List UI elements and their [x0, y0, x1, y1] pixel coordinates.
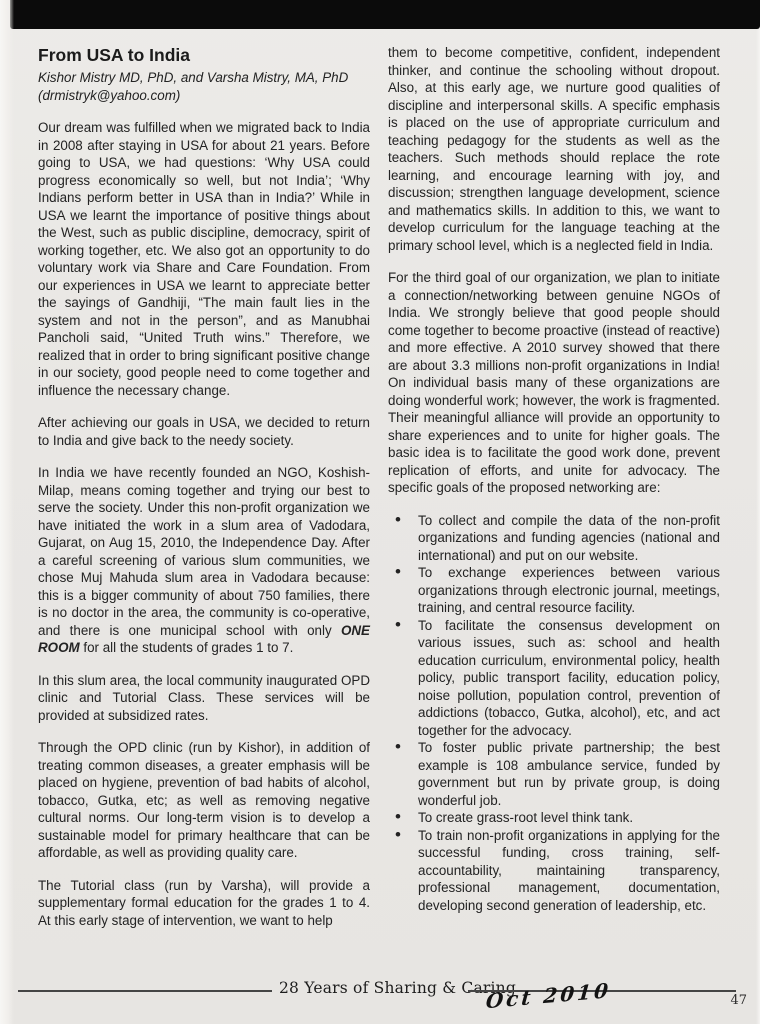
article-paragraph: them to become competitive, confident, i…	[388, 44, 720, 254]
article-paragraph: In this slum area, the local community i…	[38, 672, 370, 725]
page-number: 47	[730, 993, 747, 1008]
article-body: From USA to India Kishor Mistry MD, PhD,…	[38, 44, 720, 944]
article-header: Kishor Mistry MD, PhD, and Varsha Mistry…	[38, 69, 370, 104]
article-title: From USA to India	[38, 44, 370, 66]
goal-list-item: To facilitate the consensus development …	[388, 617, 720, 740]
article-contact-email: (drmistryk@yahoo.com)	[38, 87, 370, 105]
goal-list-item: To train non-profit organizations in app…	[388, 827, 720, 915]
goal-list-item: To collect and compile the data of the n…	[388, 512, 720, 565]
article-paragraph: The Tutorial class (run by Varsha), will…	[38, 877, 370, 930]
goal-list-item: To foster public private partnership; th…	[388, 739, 720, 809]
footer-rule-left	[18, 990, 272, 992]
right-paragraphs: them to become competitive, confident, i…	[388, 44, 720, 497]
article-paragraph: For the third goal of our organization, …	[388, 269, 720, 497]
goal-list-item: To create grass-root level think tank.	[388, 809, 720, 827]
right-column: them to become competitive, confident, i…	[388, 44, 720, 944]
left-paragraphs: Our dream was fulfilled when we migrated…	[38, 119, 370, 929]
networking-goals-list: To collect and compile the data of the n…	[388, 512, 720, 915]
article-paragraph: Through the OPD clinic (run by Kishor), …	[38, 739, 370, 862]
footer-banner-text: 28 Years of Sharing & Caring	[279, 979, 516, 997]
article-paragraph: Our dream was fulfilled when we migrated…	[38, 119, 370, 399]
article-paragraph: In India we have recently founded an NGO…	[38, 464, 370, 657]
left-column: From USA to India Kishor Mistry MD, PhD,…	[38, 44, 370, 944]
article-paragraph: After achieving our goals in USA, we dec…	[38, 414, 370, 449]
scan-top-black-bar	[10, 0, 760, 29]
scan-left-edge	[0, 0, 14, 1024]
scan-right-edge	[756, 29, 760, 1024]
article-byline: Kishor Mistry MD, PhD, and Varsha Mistry…	[38, 69, 370, 87]
goal-list-item: To exchange experiences between various …	[388, 564, 720, 617]
scanned-newsletter-page: { "article": { "title": "From USA to Ind…	[0, 0, 760, 1024]
page-footer: 28 Years of Sharing & Caring Oct 2010 47	[0, 978, 760, 1024]
